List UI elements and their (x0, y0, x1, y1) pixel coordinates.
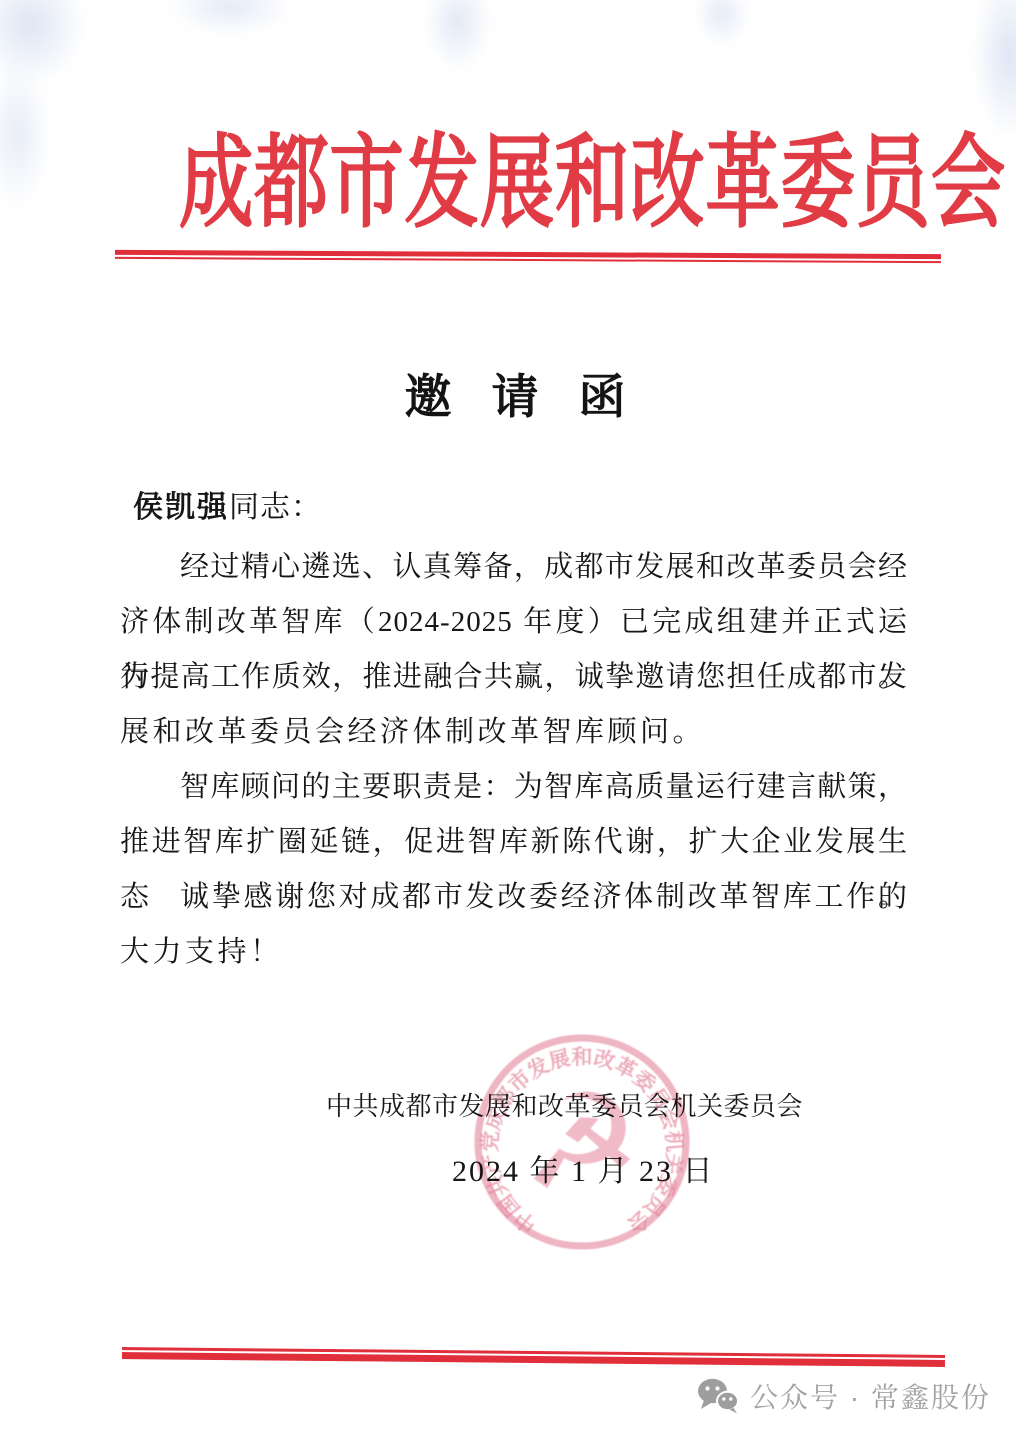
svg-text:改: 改 (591, 1046, 617, 1074)
scan-artifact (972, 0, 1016, 140)
watermark: 公众号 · 常鑫股份 (697, 1376, 991, 1416)
letterhead-title: 成都市发展和改革委员会 (179, 128, 1006, 242)
letterhead: 成都市发展和改革委员会 (0, 128, 1016, 242)
body-line: 智库顾问的主要职责是：为智库高质量运行建言献策， (120, 760, 908, 815)
footer-divider-line (122, 1347, 945, 1367)
wechat-icon (697, 1378, 739, 1414)
scan-artifact (424, 0, 492, 72)
svg-text:展: 展 (546, 1046, 572, 1074)
letter-body: 经过精心遴选、认真筹备，成都市发展和改革委员会经 济体制改革智库（2024-20… (120, 540, 908, 980)
seal-ring (478, 1038, 686, 1246)
scan-artifact (694, 0, 750, 46)
document-title: 邀请函 (14, 360, 1016, 427)
signature-org: 中共成都市发展和改革委员会机关委员会 (326, 1086, 803, 1123)
seal-curved-text: 中国共产党成都市发展和改革委员会机关委员会 (477, 1045, 686, 1237)
body-line: 经过精心遴选、认真筹备，成都市发展和改革委员会经 (120, 540, 908, 595)
body-line: 诚挚感谢您对成都市发改委经济体制改革智库工作的 (120, 870, 908, 925)
letterhead-divider-line (115, 250, 941, 263)
svg-text:革: 革 (611, 1053, 641, 1084)
svg-text:和: 和 (572, 1045, 593, 1069)
watermark-text: 公众号 · 常鑫股份 (750, 1376, 991, 1416)
svg-text:中: 中 (510, 1206, 541, 1238)
body-line: 济体制改革智库（2024-2025 年度）已完成组建并正式运行。 (120, 595, 908, 650)
signature-date: 2024 年 1 月 23 日 (452, 1146, 715, 1190)
body-line: 为提高工作质效，推进融合共赢，诚挚邀请您担任成都市发 (120, 650, 908, 705)
body-line: 推进智库扩圈延链，促进智库新陈代谢，扩大企业发展生态。 (120, 815, 908, 870)
scanned-letter-page: 成都市发展和改革委员会 邀请函 侯凯强同志： 经过精心遴选、认真筹备，成都市发展… (0, 0, 1016, 1438)
body-line: 大力支持！ (120, 925, 908, 980)
recipient-name: 侯凯强 (133, 491, 229, 524)
svg-text:会: 会 (623, 1206, 654, 1238)
body-line: 展和改革委员会经济体制改革智库顾问。 (120, 705, 908, 760)
salutation: 侯凯强同志： (133, 482, 322, 526)
svg-text:发: 发 (523, 1053, 553, 1084)
svg-text:国: 国 (493, 1190, 525, 1221)
salutation-suffix: 同志： (229, 491, 322, 524)
scan-artifact (168, 0, 293, 36)
official-seal: 中国共产党成都市发展和改革委员会机关委员会 ☭ (468, 1028, 696, 1256)
svg-text:员: 员 (638, 1190, 671, 1223)
